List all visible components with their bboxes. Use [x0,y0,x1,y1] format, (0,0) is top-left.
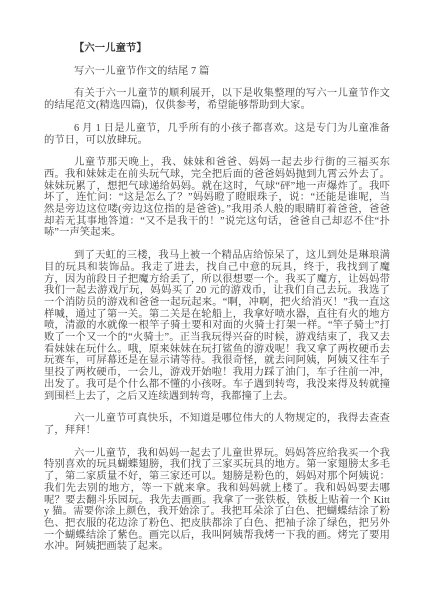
paragraph-happy-ending: 六一儿童节可真快乐，不知道是哪位伟大的人物规定的，我得去查查了，拜拜！ [44,413,390,436]
paragraph-evening-shopping: 儿童节那天晚上，我、妹妹和爸爸、妈妈一起去步行街的三福买东西。我和妹妹走在前头玩… [44,157,390,239]
paragraph-arcade-games: 到了天虹的三楼，我马上被一个精品店给惊呆了，这儿到处是琳琅满目的玩具和装饰品。我… [44,250,390,402]
document-title: 【六一儿童节】 [44,43,390,55]
document-page: 【六一儿童节】 写六一儿童节作文的结尾 7 篇 有关于六一儿童节的顺利展开，以下… [0,0,424,600]
paragraph-intro: 有关于六一儿童节的顺利展开，以下是收集整理的写六一儿童节作文的结尾范文(精选四篇… [44,88,390,111]
paragraph-children-world: 六一儿童节，我和妈妈一起去了儿童世界玩。妈妈答应给我买一个我特别喜欢的玩具蝴蝶翅… [44,448,390,553]
paragraph-children-day-intro: 6 月 1 日是儿童节，几乎所有的小孩子都喜欢。这是专门为儿童准备的节日，可以放… [44,123,390,146]
document-subtitle: 写六一儿童节作文的结尾 7 篇 [44,66,390,78]
